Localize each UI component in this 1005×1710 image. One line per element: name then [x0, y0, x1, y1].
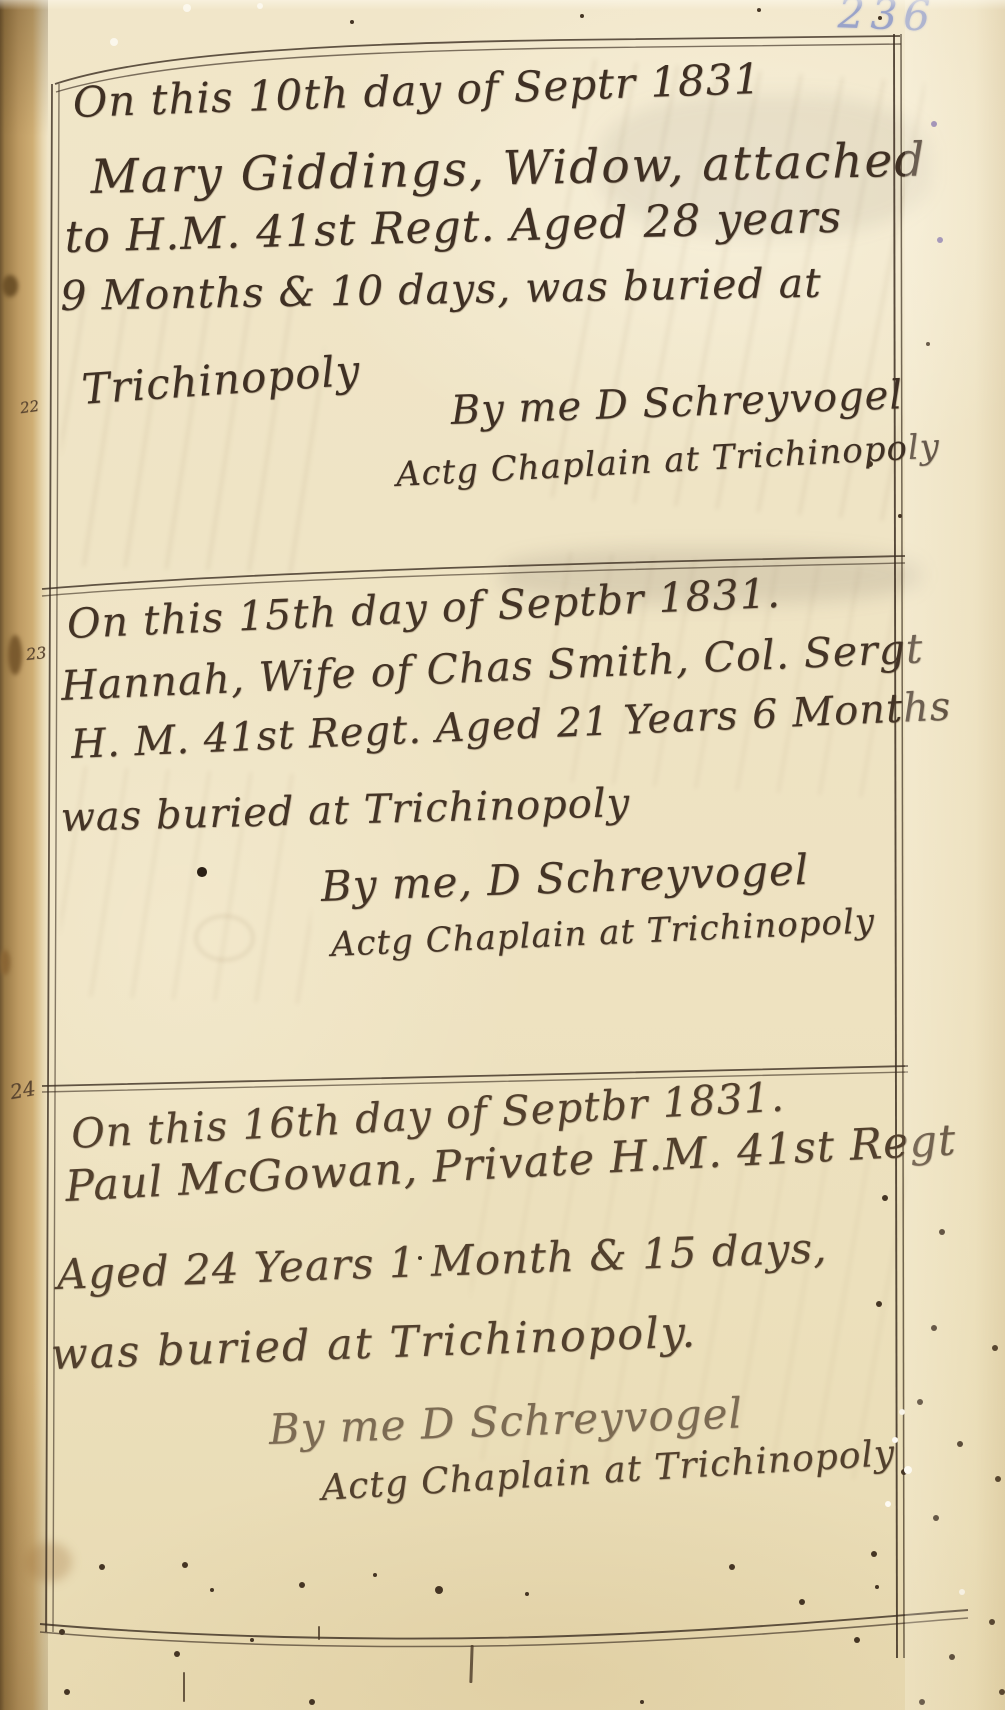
entry-margin-number: 24: [8, 1076, 37, 1104]
entry-margin-number: 22: [19, 397, 40, 417]
register-page-scan: 236 22 On this 10th day of Septr 1831 Ma…: [0, 0, 1005, 1710]
ink-dash: [318, 1626, 320, 1640]
right-margin-shade: [905, 0, 1005, 1710]
ink-dash: [183, 1672, 185, 1702]
entry-margin-number: 23: [25, 643, 47, 664]
top-edge-highlight: [0, 0, 1005, 10]
